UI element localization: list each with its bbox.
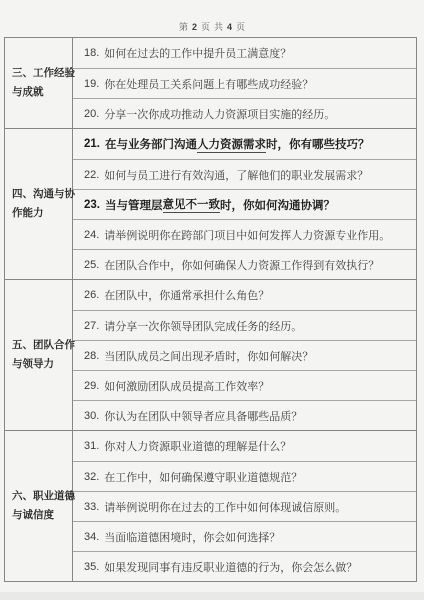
question-number: 20. — [84, 108, 99, 120]
question-number: 24. — [84, 229, 99, 241]
page-header: 第2页共4页 — [0, 21, 424, 33]
question-row: 30.你认为在团队中领导者应具备哪些品质？ — [73, 400, 416, 430]
question-row: 27.请分享一次你领导团队完成任务的经历。 — [73, 310, 416, 340]
question-row: 31.你对人力资源职业道德的理解是什么？ — [73, 431, 416, 461]
section-ethics-integrity: 六、职业道德 与诚信度 31.你对人力资源职业道德的理解是什么？ 32.在工作中… — [5, 430, 416, 581]
question-number: 22. — [84, 169, 99, 181]
question-text: 在工作中，如何确保遵守职业道德规范？ — [104, 469, 302, 485]
question-column: 31.你对人力资源职业道德的理解是什么？ 32.在工作中，如何确保遵守职业道德规… — [73, 431, 416, 581]
category-label-line2: 与成就 — [12, 83, 72, 102]
question-row: 26.在团队中，你通常承担什么角色？ — [73, 280, 416, 310]
question-text: 请举例说明你在过去的工作中如何体现诚信原则。 — [104, 499, 346, 515]
page-header-text: 页 — [201, 22, 210, 32]
page-header-text: 共 — [214, 22, 223, 32]
question-row: 28.当团队成员之间出现矛盾时，你如何解决？ — [73, 340, 416, 370]
question-row: 19.你在处理员工关系问题上有哪些成功经验？ — [73, 68, 416, 98]
question-row: 21.在与业务部门沟通人力资源需求时，你有哪些技巧？ — [73, 129, 416, 159]
question-number: 26. — [84, 289, 99, 301]
question-row: 35.如果发现同事有违反职业道德的行为，你会怎么做？ — [73, 551, 416, 581]
question-text: 如何激励团队成员提高工作效率？ — [104, 378, 269, 394]
category-cell: 六、职业道德 与诚信度 — [5, 431, 73, 581]
question-text: 如何在过去的工作中提升员工满意度？ — [104, 45, 291, 61]
question-number: 30. — [84, 410, 99, 422]
question-text: 在团队中，你通常承担什么角色？ — [104, 287, 269, 303]
page-header-text: 第 — [179, 22, 188, 32]
question-column: 18.如何在过去的工作中提升员工满意度？ 19.你在处理员工关系问题上有哪些成功… — [73, 38, 416, 128]
question-number: 27. — [84, 320, 99, 332]
question-row: 25.在团队合作中，你如何确保人力资源工作得到有效执行？ — [73, 249, 416, 279]
question-text-underlined: 人力资源需求 — [197, 136, 266, 153]
category-label-line1: 四、沟通与协 — [12, 185, 72, 204]
question-row: 23.当与管理层意见不一致时，你如何沟通协调？ — [73, 189, 416, 219]
category-label-line2: 与领导力 — [12, 355, 72, 374]
section-work-experience: 三、工作经验 与成就 18.如何在过去的工作中提升员工满意度？ 19.你在处理员… — [5, 38, 416, 128]
question-text: 在与业务部门沟通 — [105, 136, 197, 152]
question-text: 你在处理员工关系问题上有哪些成功经验？ — [104, 76, 313, 92]
question-number: 33. — [84, 501, 99, 513]
question-number: 31. — [84, 440, 99, 452]
question-number: 34. — [84, 531, 99, 543]
question-text: 请分享一次你领导团队完成任务的经历。 — [104, 318, 302, 334]
category-label-line2: 作能力 — [12, 204, 72, 223]
question-number: 32. — [84, 471, 99, 483]
category-cell: 四、沟通与协 作能力 — [5, 129, 73, 279]
question-number: 25. — [84, 259, 99, 271]
question-row: 22.如何与员工进行有效沟通，了解他们的职业发展需求？ — [73, 159, 416, 189]
page-total: 4 — [227, 22, 232, 32]
question-row: 34.当面临道德困境时，你会如何选择？ — [73, 521, 416, 551]
interview-question-table: 三、工作经验 与成就 18.如何在过去的工作中提升员工满意度？ 19.你在处理员… — [4, 37, 417, 582]
question-text: 时，你如何沟通协调？ — [220, 197, 335, 213]
category-label-line2: 与诚信度 — [12, 506, 72, 525]
question-text: 你认为在团队中领导者应具备哪些品质？ — [104, 408, 302, 424]
category-label-line1: 三、工作经验 — [12, 64, 72, 83]
question-text: 如果发现同事有违反职业道德的行为，你会怎么做？ — [104, 559, 357, 575]
question-text: 在团队合作中，你如何确保人力资源工作得到有效执行？ — [104, 257, 379, 273]
question-number: 29. — [84, 380, 99, 392]
page-number: 2 — [192, 22, 197, 32]
question-number: 28. — [84, 350, 99, 362]
page-header-text: 页 — [236, 22, 245, 32]
question-row: 32.在工作中，如何确保遵守职业道德规范？ — [73, 461, 416, 491]
question-column: 26.在团队中，你通常承担什么角色？ 27.请分享一次你领导团队完成任务的经历。… — [73, 280, 416, 430]
question-number: 23. — [84, 199, 100, 211]
question-text: 当与管理层 — [105, 197, 163, 213]
category-label-line1: 五、团队合作 — [12, 336, 72, 355]
question-number: 21. — [84, 138, 100, 150]
question-text: 分享一次你成功推动人力资源项目实施的经历。 — [104, 106, 335, 122]
question-row: 29.如何激励团队成员提高工作效率？ — [73, 370, 416, 400]
category-cell: 三、工作经验 与成就 — [5, 38, 73, 128]
question-row: 24.请举例说明你在跨部门项目中如何发挥人力资源专业作用。 — [73, 219, 416, 249]
question-text: 当团队成员之间出现矛盾时，你如何解决？ — [104, 348, 313, 364]
question-text: 当面临道德困境时，你会如何选择？ — [104, 529, 280, 545]
question-row: 20.分享一次你成功推动人力资源项目实施的经历。 — [73, 98, 416, 128]
category-cell: 五、团队合作 与领导力 — [5, 280, 73, 430]
section-communication: 四、沟通与协 作能力 21.在与业务部门沟通人力资源需求时，你有哪些技巧？ 22… — [5, 128, 416, 279]
question-text: 如何与员工进行有效沟通，了解他们的职业发展需求？ — [104, 167, 368, 183]
question-column: 21.在与业务部门沟通人力资源需求时，你有哪些技巧？ 22.如何与员工进行有效沟… — [73, 129, 416, 279]
category-label-line1: 六、职业道德 — [12, 487, 72, 506]
question-number: 19. — [84, 78, 99, 90]
question-number: 35. — [84, 561, 99, 573]
section-teamwork-leadership: 五、团队合作 与领导力 26.在团队中，你通常承担什么角色？ 27.请分享一次你… — [5, 279, 416, 430]
question-text: 你对人力资源职业道德的理解是什么？ — [104, 438, 291, 454]
document-page: 第2页共4页 三、工作经验 与成就 18.如何在过去的工作中提升员工满意度？ 1… — [0, 0, 424, 592]
question-text: 请举例说明你在跨部门项目中如何发挥人力资源专业作用。 — [104, 227, 390, 243]
question-row: 18.如何在过去的工作中提升员工满意度？ — [73, 38, 416, 68]
question-row: 33.请举例说明你在过去的工作中如何体现诚信原则。 — [73, 491, 416, 521]
question-number: 18. — [84, 47, 99, 59]
question-text: 时，你有哪些技巧？ — [266, 136, 370, 152]
question-text-underlined: 意见不一致 — [163, 196, 221, 213]
